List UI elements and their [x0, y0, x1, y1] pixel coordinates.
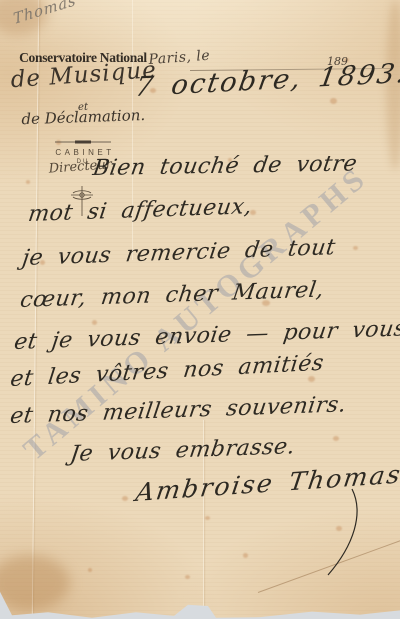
foxing-spot — [205, 516, 210, 520]
foxing-spot — [243, 553, 248, 558]
body-line-7: et nos meilleurs souvenirs. — [8, 392, 348, 429]
foxing-spot — [308, 376, 315, 382]
closing-line: Je vous embrasse. — [68, 434, 296, 467]
foxing-spot — [122, 496, 128, 501]
body-line-1: Bien touché de votre — [91, 151, 359, 181]
foxing-spot — [92, 320, 97, 325]
foxing-spot — [185, 575, 190, 579]
letter-paper: TAMINO AUTOGRAPHS Thomas Conservatoire N… — [0, 0, 400, 619]
stain-bottom-left — [0, 555, 70, 610]
foxing-spot — [26, 180, 30, 184]
body-line-3: je vous remercie de tout — [20, 235, 337, 271]
foxing-spot — [353, 246, 358, 250]
printed-place-label: Paris, le — [148, 48, 211, 68]
foxing-spot — [330, 98, 337, 104]
signature-flourish — [300, 487, 370, 579]
body-line-4: cœur, mon cher Maurel, — [18, 277, 325, 313]
foxing-spot — [88, 568, 92, 572]
letterhead-divider-ornament — [55, 140, 111, 144]
foxing-spot — [333, 436, 339, 441]
body-line-2: mot si affectueux, — [26, 194, 253, 227]
scan-backdrop: TAMINO AUTOGRAPHS Thomas Conservatoire N… — [0, 0, 400, 619]
